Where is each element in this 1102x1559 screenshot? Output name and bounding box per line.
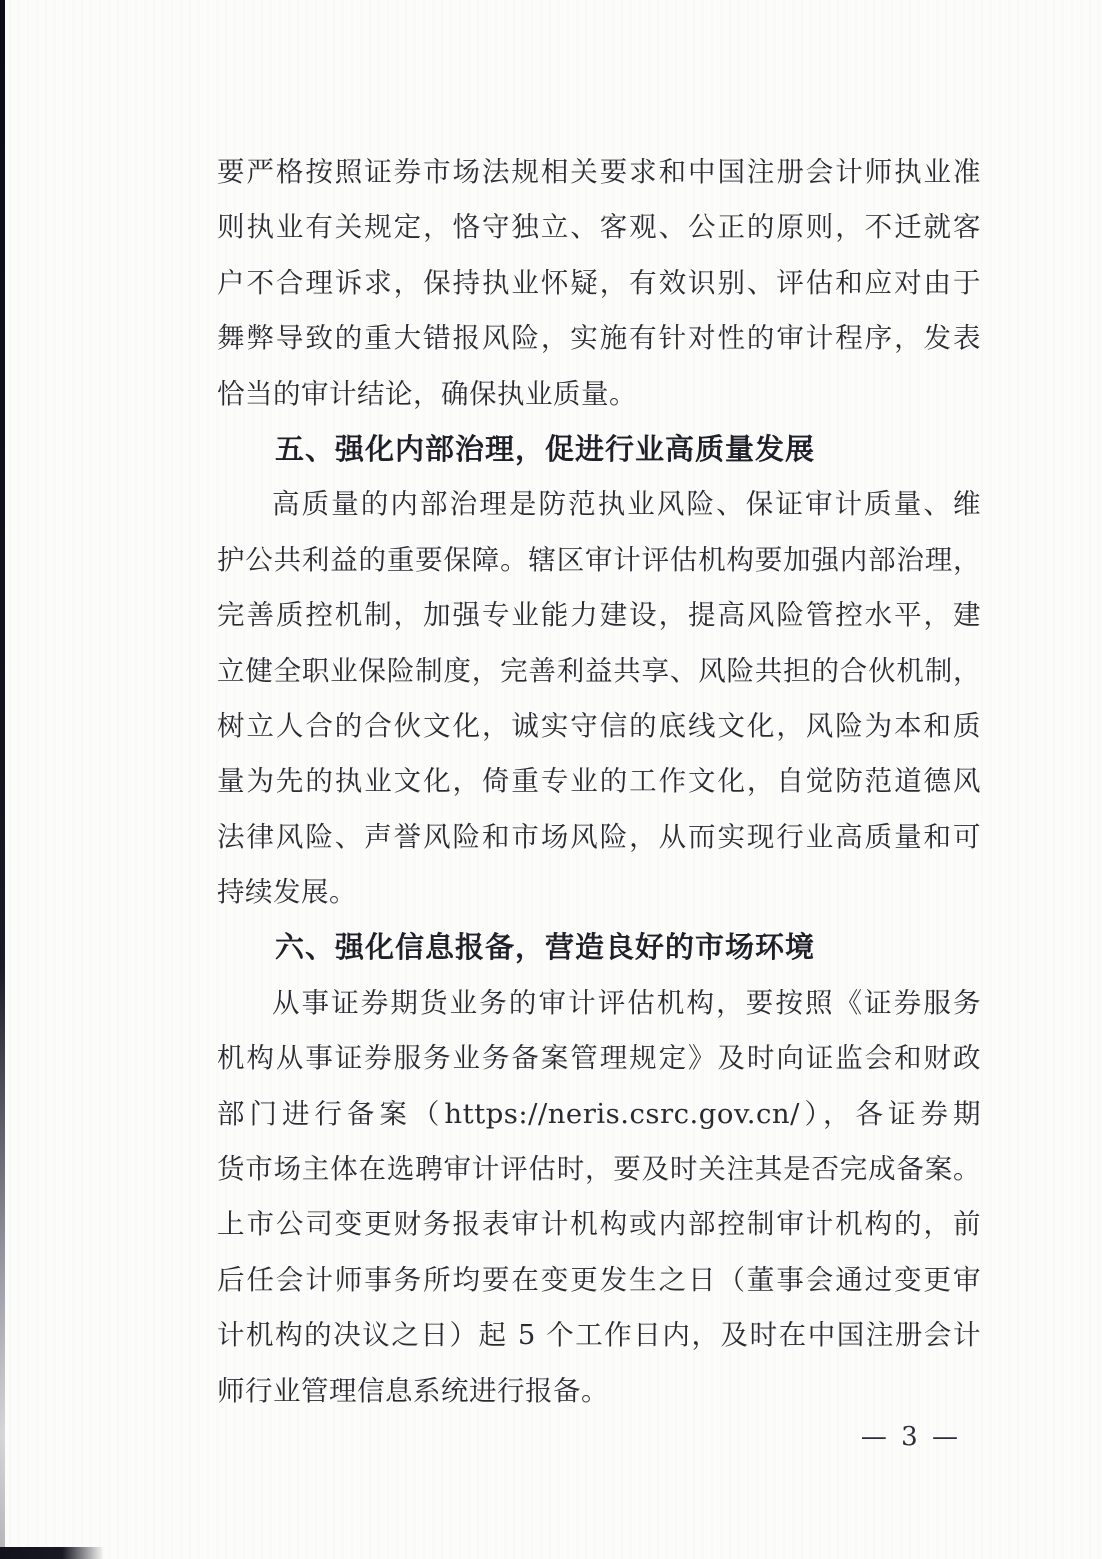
section-heading-6: 六、强化信息报备，营造良好的市场环境 [217,920,981,975]
scan-artifact-left-edge [0,0,5,1559]
text-line: 要严格按照证券市场法规相关要求和中国注册会计师执业准 [217,145,981,200]
text-line: 师行业管理信息系统进行报备。 [217,1364,981,1419]
text-line: 恰当的审计结论，确保执业质量。 [217,367,981,422]
text-line: 立健全职业保险制度，完善利益共享、风险共担的合伙机制， [217,644,981,699]
text-line: 货市场主体在选聘审计评估时，要及时关注其是否完成备案。 [217,1142,981,1197]
text-line: 则执业有关规定，恪守独立、客观、公正的原则，不迁就客 [217,200,981,255]
text-line: 高质量的内部治理是防范执业风险、保证审计质量、维 [217,477,981,532]
text-line: 机构从事证券服务业务备案管理规定》及时向证监会和财政 [217,1031,981,1086]
scan-artifact-bottom-corner [0,1547,104,1559]
page-number: — 3 — [861,1422,961,1452]
text-line: 持续发展。 [217,865,981,920]
text-line: 后任会计师事务所均要在变更发生之日（董事会通过变更审 [217,1253,981,1308]
text-line: 上市公司变更财务报表审计机构或内部控制审计机构的，前 [217,1197,981,1252]
text-line-with-url: 部门进行备案（https://neris.csrc.gov.cn/），各证券期 [217,1087,981,1142]
document-page: 要严格按照证券市场法规相关要求和中国注册会计师执业准 则执业有关规定，恪守独立、… [0,0,1102,1559]
body-paragraph: 从事证券期货业务的审计评估机构，要按照《证券服务 机构从事证券服务业务备案管理规… [217,976,981,1419]
body-paragraph: 要严格按照证券市场法规相关要求和中国注册会计师执业准 则执业有关规定，恪守独立、… [217,145,981,422]
text-line: 完善质控机制，加强专业能力建设，提高风险管控水平，建 [217,588,981,643]
text-line: 法律风险、声誉风险和市场风险，从而实现行业高质量和可 [217,810,981,865]
text-line: 从事证券期货业务的审计评估机构，要按照《证券服务 [217,976,981,1031]
text-line: 舞弊导致的重大错报风险，实施有针对性的审计程序，发表 [217,311,981,366]
text-line: 计机构的决议之日）起 5 个工作日内，及时在中国注册会计 [217,1308,981,1363]
body-paragraph: 高质量的内部治理是防范执业风险、保证审计质量、维 护公共利益的重要保障。辖区审计… [217,477,981,920]
text-line: 户不合理诉求，保持执业怀疑，有效识别、评估和应对由于 [217,256,981,311]
text-line: 树立人合的合伙文化，诚实守信的底线文化，风险为本和质 [217,699,981,754]
document-body: 要严格按照证券市场法规相关要求和中国注册会计师执业准 则执业有关规定，恪守独立、… [217,145,981,1419]
text-line: 护公共利益的重要保障。辖区审计评估机构要加强内部治理， [217,533,981,588]
section-heading-5: 五、强化内部治理，促进行业高质量发展 [217,422,981,477]
text-line: 量为先的执业文化，倚重专业的工作文化，自觉防范道德风险、 [217,754,981,809]
